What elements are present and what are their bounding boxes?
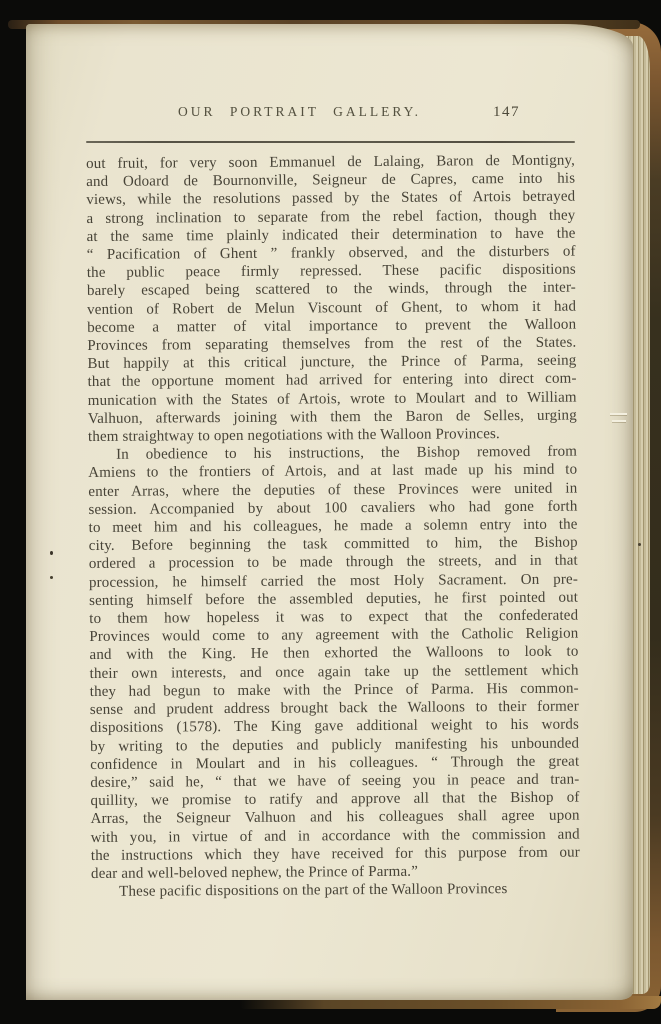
book-page: OUR PORTRAIT GALLERY. 147 out fruit, for… [26,24,633,1000]
scan-artifact [612,420,626,422]
header-rule [86,141,575,143]
text-line: Valhuon, afterwards joining with them th… [88,406,577,428]
text-line: These pacific dispositions on the part o… [91,880,580,902]
running-header: OUR PORTRAIT GALLERY. 147 [86,104,575,124]
scan-artifact [50,576,53,579]
page-number: 147 [493,104,520,121]
text-block: out fruit, for very soon Emmanuel de Lal… [86,152,580,902]
scan-artifact [638,543,641,546]
text-line: the instructions which they have receive… [91,843,580,865]
scan-artifact [50,551,53,555]
book-photo: OUR PORTRAIT GALLERY. 147 out fruit, for… [0,0,661,1024]
scan-artifact [610,413,627,415]
